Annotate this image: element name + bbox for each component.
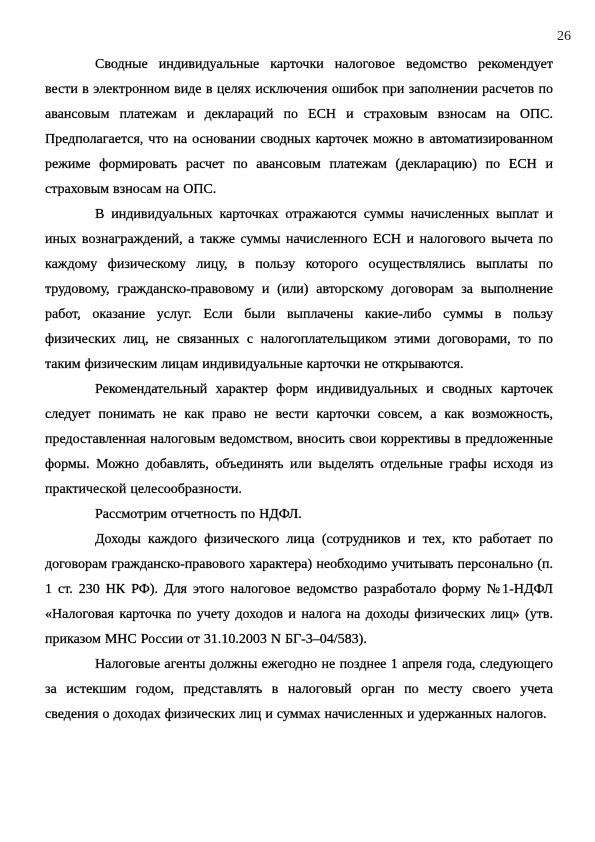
body-paragraph: Рассмотрим отчетность по НДФЛ. xyxy=(45,502,553,527)
body-paragraph: Рекомендательный характер форм индивидуа… xyxy=(45,377,553,502)
body-paragraph: В индивидуальных карточках отражаются су… xyxy=(45,202,553,377)
document-body: Сводные индивидуальные карточки налогово… xyxy=(45,52,553,727)
body-paragraph: Налоговые агенты должны ежегодно не позд… xyxy=(45,652,553,727)
page-number: 26 xyxy=(557,28,571,46)
body-paragraph: Доходы каждого физического лица (сотрудн… xyxy=(45,527,553,652)
document-page: 26 Сводные индивидуальные карточки налог… xyxy=(0,0,595,842)
body-paragraph: Сводные индивидуальные карточки налогово… xyxy=(45,52,553,202)
